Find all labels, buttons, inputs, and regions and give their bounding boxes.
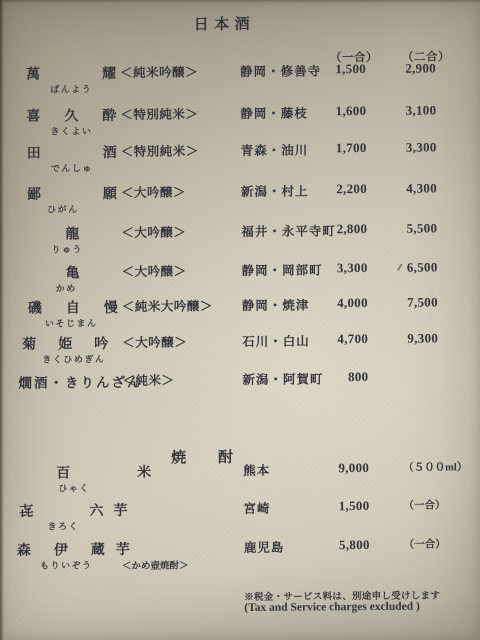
shochu-ingredient: 芋 (116, 539, 130, 559)
sake-reading: でんしゅ (51, 161, 93, 174)
sake-row: 喜久酔 きくよい ＜特別純米＞ 静岡・藤枝 1,600 3,100 (0, 102, 479, 142)
shochu-price: 9,000 (317, 460, 369, 476)
sake-row: 鄙願 ひがん ＜大吟醸＞ 新潟・村上 2,200 4,300 (0, 180, 479, 220)
price-one-go: 1,600 (314, 103, 366, 119)
shochu-region: 鹿児島 (244, 538, 285, 556)
menu-photo: 日本酒 （一合） （二合） 萬耀 ばんよう ＜純米吟醸＞ 静岡・修善寺 1,50… (0, 0, 480, 640)
shochu-name: 百 (56, 462, 70, 482)
price-one-go: 2,800 (315, 221, 367, 237)
price-two-go: 4,300 (385, 180, 437, 196)
sake-region: 静岡・岡部町 (242, 260, 323, 279)
price-two-go: 7,500 (386, 294, 438, 310)
shochu-style-note: ＜かめ壺焼酎＞ (122, 557, 189, 572)
price-one-go: 1,500 (314, 61, 366, 77)
sake-grade: ＜純米大吟醸＞ (122, 296, 213, 315)
price-two-go: 6,500 (386, 259, 438, 275)
shochu-price: 5,800 (318, 537, 370, 553)
shochu-region: 熊本 (243, 461, 270, 479)
menu-title-nihonshu: 日本酒 (194, 13, 250, 34)
sake-region: 新潟・村上 (241, 181, 309, 200)
sake-name: 萬耀 (26, 63, 116, 84)
shochu-ingredient: 米 (137, 462, 151, 482)
price-one-go: 4,000 (316, 295, 368, 311)
shochu-serving-size: （５００ml） (403, 459, 467, 475)
shochu-reading: ひゃく (58, 481, 90, 494)
shochu-name: 森伊蔵 (17, 539, 105, 560)
price-one-go: 2,200 (315, 181, 367, 197)
sake-reading: りゅう (51, 242, 83, 255)
sake-grade: ＜純米＞ (122, 371, 174, 389)
sake-reading: ひがん (47, 202, 79, 215)
shochu-name: 㐂六 (19, 500, 103, 521)
shochu-price: 1,500 (317, 498, 369, 514)
shochu-row: 百 米 ひゃく 熊本 9,000 （５００ml） (1, 459, 480, 499)
sake-region: 静岡・修善寺 (240, 61, 321, 80)
sake-grade: ＜特別純米＞ (120, 104, 198, 123)
sake-name: 田酒 (27, 142, 117, 163)
sake-row: 亀 かめ ＜大吟醸＞ 静岡・岡部町 3,300 6,500 (0, 259, 480, 299)
menu-content: 日本酒 （一合） （二合） 萬耀 ばんよう ＜純米吟醸＞ 静岡・修善寺 1,50… (0, 0, 480, 640)
sake-row: 磯自慢 いそじまん ＜純米大吟醸＞ 静岡・焼津 4,000 7,500 (0, 294, 480, 334)
sake-reading: いそじまん (45, 316, 98, 329)
sake-name: 菊姫吟 (22, 333, 108, 354)
sake-row: 田酒 でんしゅ ＜特別純米＞ 青森・油川 1,700 3,300 (0, 139, 479, 179)
shochu-row: 森伊蔵 芋 もりいぞう ＜かめ壺焼酎＞ 鹿児島 5,800 （一合） (2, 536, 480, 576)
sake-grade: ＜大吟醸＞ (122, 332, 187, 351)
sake-name: 磯自慢 (28, 297, 118, 318)
shochu-row: 㐂六 芋 きろく 宮崎 1,500 （一合） (1, 497, 480, 537)
sake-region: 静岡・藤枝 (240, 103, 308, 122)
sake-region: 静岡・焼津 (242, 295, 310, 314)
sake-name: 喜久酔 (26, 105, 116, 126)
sake-name: 龍 (27, 223, 117, 244)
price-one-go: 1,700 (315, 140, 367, 156)
sake-row: 菊姫吟 きくひめぎん ＜大吟醸＞ 石川・白山 4,700 9,300 (0, 330, 480, 370)
price-one-go: 4,700 (316, 331, 368, 347)
sake-grade: ＜大吟醸＞ (122, 261, 187, 280)
sake-grade: ＜純米吟醸＞ (120, 62, 198, 81)
shochu-serving-size: （一合） (403, 497, 445, 512)
sake-reading: ばんよう (50, 82, 92, 95)
sake-reading: きくひめぎん (42, 352, 105, 365)
sake-reading: きくよい (50, 124, 92, 137)
sake-row: 燗酒・きりんざん ＜純米＞ 新潟・阿賀町 800 (0, 368, 480, 408)
shochu-reading: もりいぞう (40, 558, 93, 571)
price-two-go: 5,500 (385, 220, 437, 236)
price-two-go: 3,100 (384, 102, 436, 118)
price-two-go: 3,300 (385, 139, 437, 155)
sake-reading: かめ (56, 281, 77, 294)
sake-grade: ＜大吟醸＞ (121, 182, 186, 201)
sake-region: 石川・白山 (242, 331, 310, 350)
shochu-region: 宮崎 (243, 499, 270, 517)
sake-row: 龍 りゅう ＜大吟醸＞ 福井・永平寺町 2,800 5,500 (0, 220, 480, 260)
price-one-go: 3,300 (316, 260, 368, 276)
shochu-ingredient: 芋 (113, 500, 127, 520)
sake-region: 青森・油川 (241, 140, 309, 159)
footnote-english: (Tax and Service charges excluded ) (244, 601, 420, 614)
shochu-reading: きろく (48, 519, 80, 532)
sake-grade: ＜特別純米＞ (121, 141, 199, 160)
sake-row: 萬耀 ばんよう ＜純米吟醸＞ 静岡・修善寺 1,500 2,900 (0, 60, 478, 100)
price-two-go: 2,900 (384, 60, 436, 76)
price-one-go: 800 (316, 369, 368, 385)
price-two-go: 9,300 (386, 330, 438, 346)
shochu-serving-size: （一合） (404, 536, 446, 551)
sake-grade: ＜大吟醸＞ (121, 222, 186, 241)
sake-name: 亀 (28, 262, 118, 283)
sake-name: 鄙願 (27, 183, 117, 204)
sake-region: 新潟・阿賀町 (242, 369, 323, 388)
